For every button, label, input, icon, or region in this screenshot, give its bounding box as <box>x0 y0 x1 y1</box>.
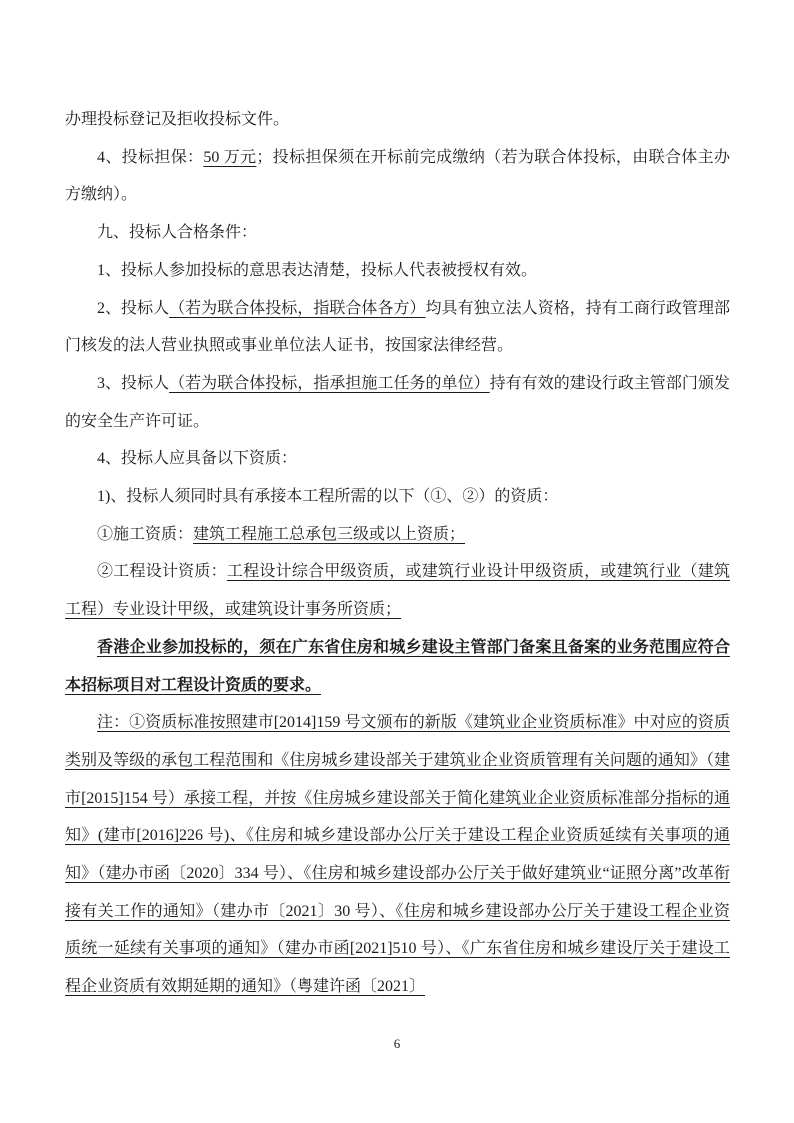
para-bid-guarantee: 4、投标担保：50 万元；投标担保须在开标前完成缴纳（若为联合体投标，由联合体主… <box>65 139 730 214</box>
consortium-construction-note: （若为联合体投标，指承担施工任务的单位） <box>169 375 490 392</box>
para-item-3-safety-license: 3、投标人（若为联合体投标，指承担施工任务的单位）持有有效的建设行政主管部门颁发… <box>65 365 730 440</box>
para-hongkong-enterprise-note: 香港企业参加投标的，须在广东省住房和城乡建设主管部门备案且备案的业务范围应符合本… <box>65 629 730 704</box>
para-item-1-intent: 1、投标人参加投标的意思表达清楚，投标人代表被授权有效。 <box>65 252 730 290</box>
qualification-standards-note: 注：①资质标准按照建市[2014]159 号文颁布的新版《建筑业企业资质标准》中… <box>65 714 730 995</box>
text-run: 2、投标人 <box>97 300 169 317</box>
bid-guarantee-amount: 50 万元 <box>203 149 256 166</box>
text-run: 4、投标人应具备以下资质： <box>97 450 297 467</box>
text-run: 1、投标人参加投标的意思表达清楚，投标人代表被授权有效。 <box>97 262 537 279</box>
page-number: 6 <box>0 1034 794 1054</box>
para-construction-qualification: ①施工资质：建筑工程施工总承包三级或以上资质； <box>65 516 730 554</box>
heading-bidder-eligibility: 九、投标人合格条件： <box>65 214 730 252</box>
document-page: 办理投标登记及拒收投标文件。 4、投标担保：50 万元；投标担保须在开标前完成缴… <box>0 0 794 1123</box>
para-item-4-qualifications: 4、投标人应具备以下资质： <box>65 440 730 478</box>
construction-qualification-value: 建筑工程施工总承包三级或以上资质； <box>193 526 465 543</box>
text-run: 1)、投标人须同时具有承接本工程所需的以下（①、②）的资质： <box>97 488 558 505</box>
text-run: 办理投标登记及拒收投标文件。 <box>65 111 289 128</box>
text-run: ②工程设计资质： <box>97 563 227 580</box>
text-run: 九、投标人合格条件： <box>97 224 257 241</box>
consortium-note: （若为联合体投标，指联合体各方） <box>169 300 425 317</box>
para-bid-registration-refusal: 办理投标登记及拒收投标文件。 <box>65 101 730 139</box>
hongkong-enterprise-requirement: 香港企业参加投标的，须在广东省住房和城乡建设主管部门备案且备案的业务范围应符合本… <box>65 639 730 694</box>
text-run: 3、投标人 <box>97 375 169 392</box>
para-required-quals: 1)、投标人须同时具有承接本工程所需的以下（①、②）的资质： <box>65 478 730 516</box>
text-run: 4、投标担保： <box>97 149 203 166</box>
para-note-qualification-standards: 注：①资质标准按照建市[2014]159 号文颁布的新版《建筑业企业资质标准》中… <box>65 704 730 1006</box>
para-item-2-legal-person: 2、投标人（若为联合体投标，指联合体各方）均具有独立法人资格，持有工商行政管理部… <box>65 290 730 365</box>
para-design-qualification: ②工程设计资质：工程设计综合甲级资质，或建筑行业设计甲级资质，或建筑行业（建筑工… <box>65 553 730 628</box>
text-run: ①施工资质： <box>97 526 193 543</box>
